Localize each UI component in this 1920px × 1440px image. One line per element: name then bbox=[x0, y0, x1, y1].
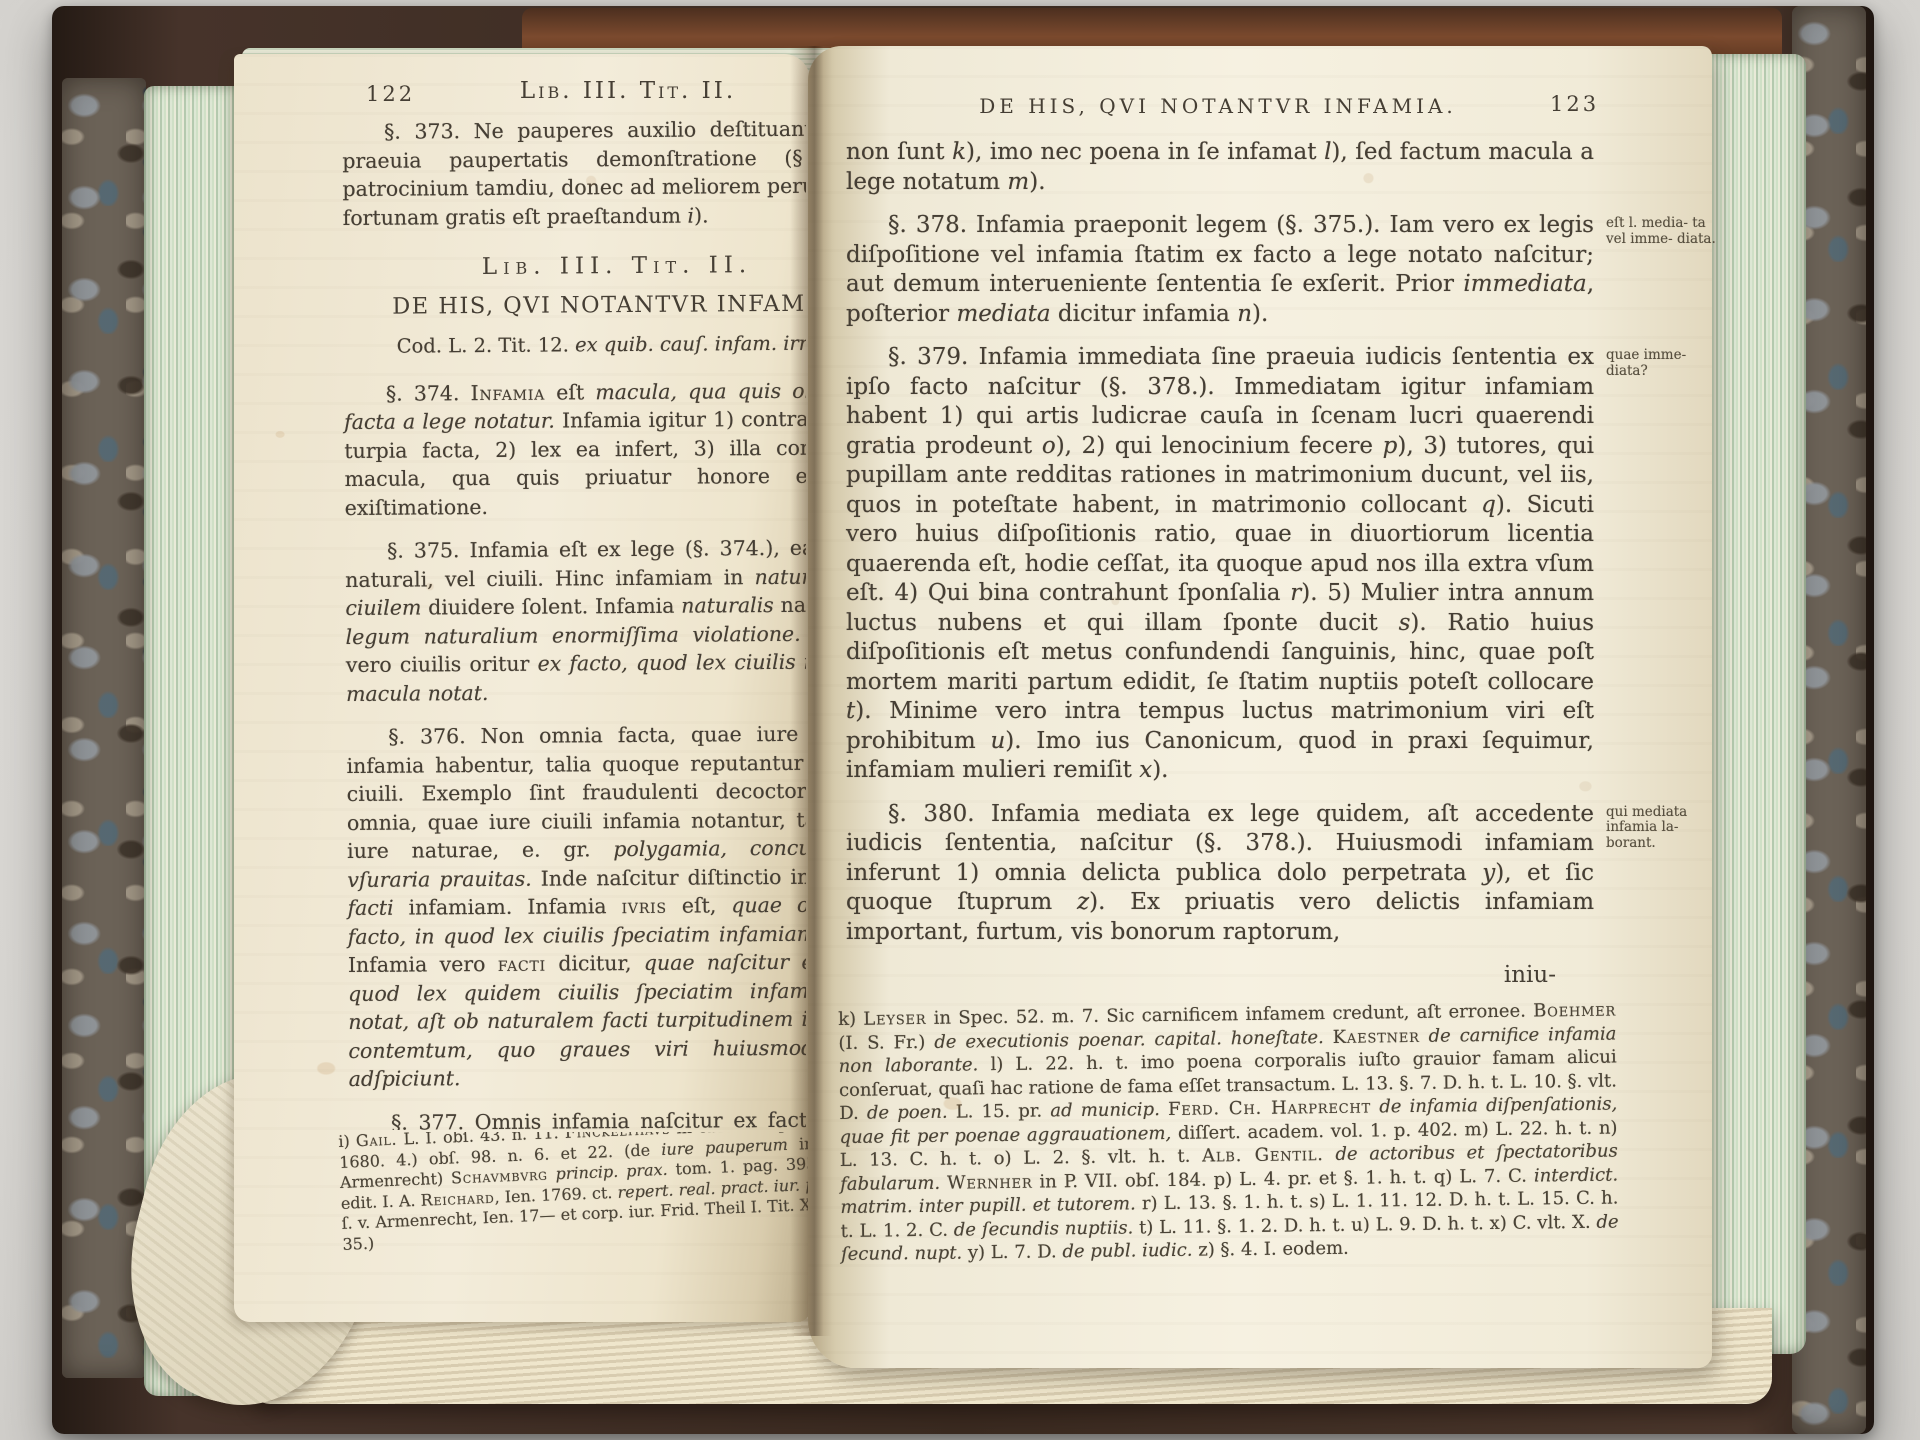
left-text-column: ius paupe- rum. §. 373. Ne pauperes auxi… bbox=[342, 118, 806, 1130]
paragraph-376: eſt l. iuris l. facti. §. 376. Non omnia… bbox=[346, 719, 806, 1093]
chapter-title: DE HIS, QVI NOTANTVR INFAMIA. bbox=[343, 289, 806, 321]
paragraph-373: ius paupe- rum. §. 373. Ne pauperes auxi… bbox=[342, 118, 806, 232]
paragraph-374-text: §. 374. Infamia eſt macula, qua quis ob … bbox=[344, 376, 806, 522]
left-text-inner: ius paupe- rum. §. 373. Ne pauperes auxi… bbox=[342, 118, 806, 1130]
paragraph-373-text: §. 373. Ne pauperes auxilio deſtituantur… bbox=[342, 118, 806, 232]
left-running-header: Lib. III. Tit. II. bbox=[468, 78, 788, 104]
paragraph-continuation: non ſunt k), imo nec poena in ſe infamat… bbox=[846, 138, 1594, 197]
section-heading: Lib. III. Tit. II. bbox=[343, 250, 806, 282]
paragraph-378-text: §. 378. Infamia praeponit legem (§. 375.… bbox=[846, 211, 1594, 329]
right-running-header: DE HIS, QVI NOTANTVR INFAMIA. bbox=[868, 94, 1568, 118]
paragraph-374: infamia quid? §. 374. Infamia eſt macula… bbox=[344, 376, 806, 522]
left-page: 122 Lib. III. Tit. II. ius paupe- rum. §… bbox=[234, 54, 810, 1322]
left-page-number: 122 bbox=[366, 82, 415, 106]
margin-note-quae-immediata: quae imme- diata? bbox=[1606, 348, 1718, 379]
right-footnote-area: k) Leyser in Spec. 52. m. 7. Sic carnifi… bbox=[838, 998, 1619, 1266]
paragraph-379-text: §. 379. Infamia immediata ſine praeuia i… bbox=[846, 343, 1594, 786]
right-page-number: 123 bbox=[1550, 92, 1599, 116]
paragraph-375-text: §. 375. Infamia eſt ex lege (§. 374.), e… bbox=[345, 533, 806, 708]
marbled-board-left bbox=[62, 78, 146, 1378]
right-page: DE HIS, QVI NOTANTVR INFAMIA. 123 non ſu… bbox=[808, 46, 1712, 1368]
paragraph-377-text: §. 377. Omnis infamia naſcitur ex facto … bbox=[349, 1105, 806, 1130]
paragraph-continuation-text: non ſunt k), imo nec poena in ſe infamat… bbox=[846, 138, 1594, 197]
book: 122 Lib. III. Tit. II. ius paupe- rum. §… bbox=[52, 6, 1874, 1434]
right-text-column: non ſunt k), imo nec poena in ſe infamat… bbox=[846, 138, 1594, 991]
catchword: iniu- bbox=[846, 961, 1594, 991]
photo-backdrop: 122 Lib. III. Tit. II. ius paupe- rum. §… bbox=[0, 0, 1920, 1440]
margin-note-qui-mediata: qui mediata infamia la- borant. bbox=[1606, 805, 1718, 852]
left-footnote-area: i) Gail. L. I. obſ. 43. n. 11. Finckelth… bbox=[338, 1132, 810, 1312]
left-footnote-text: i) Gail. L. I. obſ. 43. n. 11. Finckelth… bbox=[338, 1132, 810, 1255]
margin-note-mediata-immediata: eſt l. media- ta vel imme- diata. bbox=[1606, 216, 1718, 247]
paragraph-376-text: §. 376. Non omnia facta, quae iure natur… bbox=[346, 719, 806, 1093]
paragraph-380: qui mediata infamia la- borant. §. 380. … bbox=[846, 800, 1594, 948]
paragraph-378: eſt l. media- ta vel imme- diata. §. 378… bbox=[846, 211, 1594, 329]
right-footnote-text: k) Leyser in Spec. 52. m. 7. Sic carnifi… bbox=[838, 998, 1619, 1266]
paragraph-379: quae imme- diata? §. 379. Infamia immedi… bbox=[846, 343, 1594, 786]
gutter-shadow bbox=[790, 46, 832, 1336]
paragraph-377: nec poena nec vulgi opinio infa- mat. §.… bbox=[349, 1105, 806, 1130]
codex-reference: Cod. L. 2. Tit. 12. ex quib. cauſ. infam… bbox=[344, 329, 806, 361]
paragraph-375: eſt l. natura- lis l. ciuilis. §. 375. I… bbox=[345, 533, 806, 708]
fore-edge-right bbox=[1700, 54, 1806, 1354]
paragraph-380-text: §. 380. Infamia mediata ex lege quidem, … bbox=[846, 800, 1594, 948]
